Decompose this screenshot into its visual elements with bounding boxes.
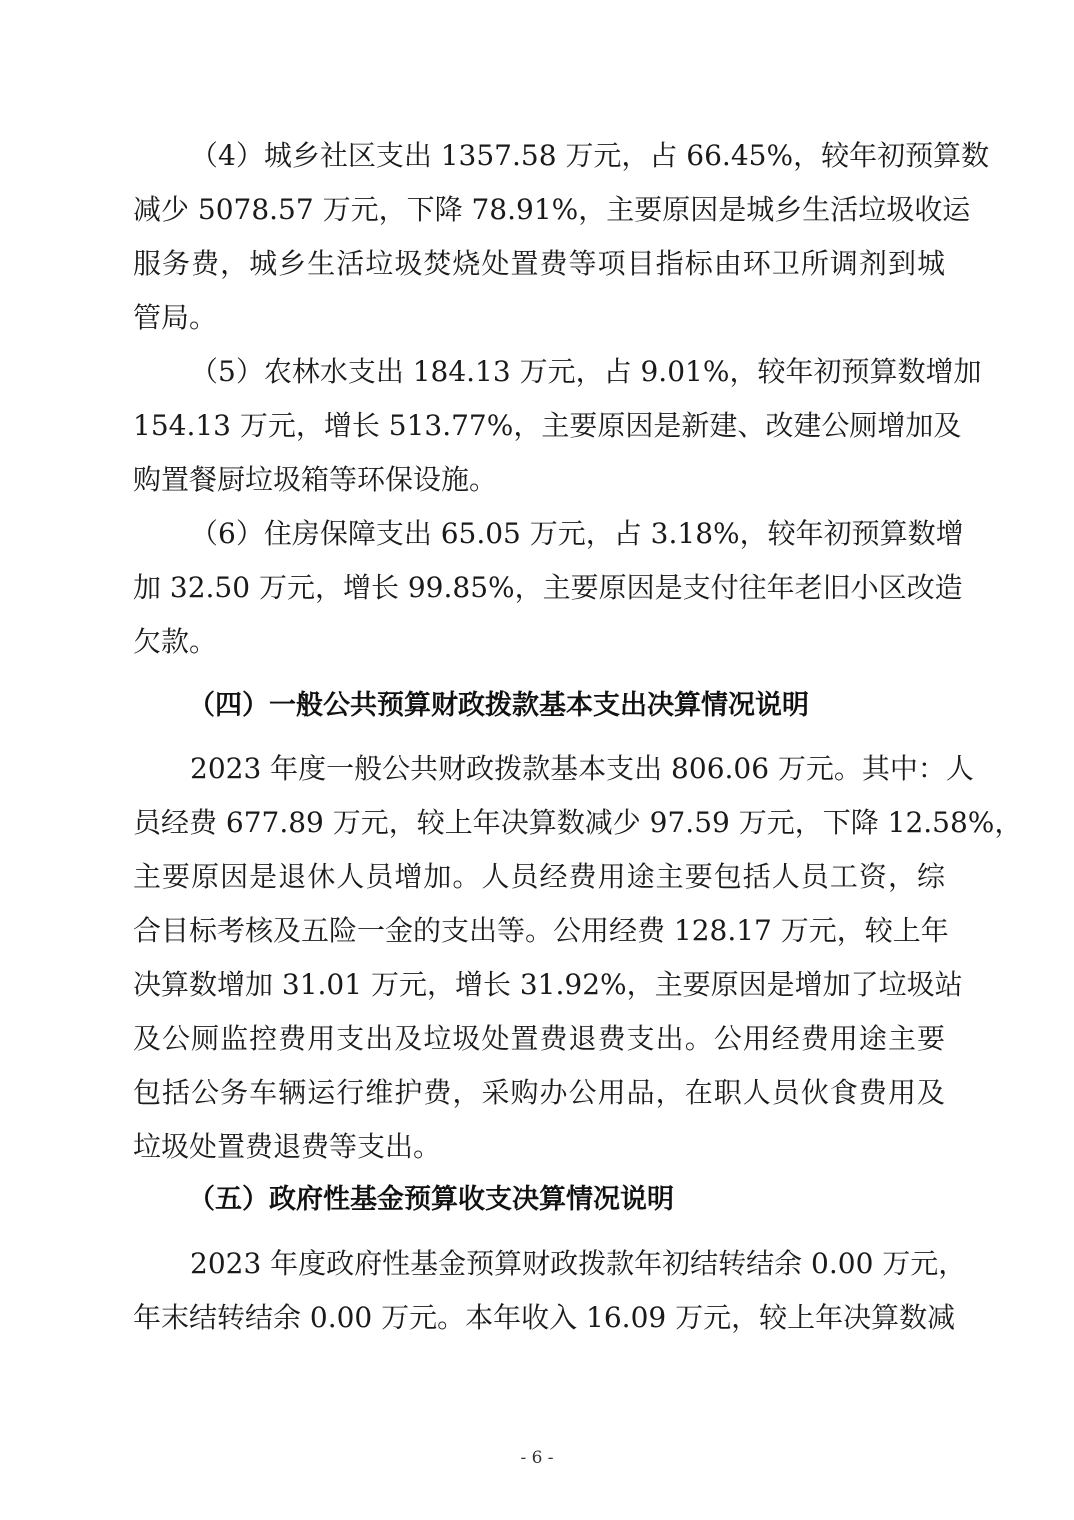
text-line: 主要原因是退休人员增加。人员经费用途主要包括人员工资，综 [133, 857, 945, 897]
text-line: 2023 年度一般公共财政拨款基本支出 806.06 万元。其中：人 [190, 749, 945, 789]
text-line: 员经费 677.89 万元，较上年决算数减少 97.59 万元，下降 12.58… [133, 803, 945, 843]
text-line: 服务费，城乡生活垃圾焚烧处置费等项目指标由环卫所调剂到城 [133, 244, 945, 284]
text-line: （5）农林水支出 184.13 万元，占 9.01%，较年初预算数增加 [190, 352, 945, 392]
text-line: 购置餐厨垃圾箱等环保设施。 [133, 460, 945, 500]
section-heading-government-fund: （五）政府性基金预算收支决算情况说明 [188, 1180, 674, 1220]
text-line: 垃圾处置费退费等支出。 [133, 1127, 945, 1167]
text-line: 欠款。 [133, 622, 945, 662]
text-line: 154.13 万元，增长 513.77%，主要原因是新建、改建公厕增加及 [133, 406, 945, 446]
text-line: 减少 5078.57 万元，下降 78.91%，主要原因是城乡生活垃圾收运 [133, 190, 945, 230]
document-page: （4）城乡社区支出 1357.58 万元，占 66.45%，较年初预算数 减少 … [0, 0, 1074, 1520]
text-line: （6）住房保障支出 65.05 万元，占 3.18%，较年初预算数增 [190, 514, 945, 554]
text-line: 及公厕监控费用支出及垃圾处置费退费支出。公用经费用途主要 [133, 1019, 945, 1059]
text-line: 加 32.50 万元，增长 99.85%，主要原因是支付往年老旧小区改造 [133, 568, 945, 608]
text-line: 合目标考核及五险一金的支出等。公用经费 128.17 万元，较上年 [133, 911, 945, 951]
section-heading-basic-expenditure: （四）一般公共预算财政拨款基本支出决算情况说明 [188, 686, 809, 726]
text-line: 年末结转结余 0.00 万元。本年收入 16.09 万元，较上年决算数减 [133, 1298, 945, 1338]
text-line: 包括公务车辆运行维护费，采购办公用品，在职人员伙食费用及 [133, 1073, 945, 1113]
text-line: 2023 年度政府性基金预算财政拨款年初结转结余 0.00 万元， [190, 1244, 945, 1284]
text-line: （4）城乡社区支出 1357.58 万元，占 66.45%，较年初预算数 [190, 136, 945, 176]
text-line: 管局。 [133, 298, 945, 338]
page-number: - 6 - [0, 1448, 1074, 1468]
text-line: 决算数增加 31.01 万元，增长 31.92%，主要原因是增加了垃圾站 [133, 965, 945, 1005]
